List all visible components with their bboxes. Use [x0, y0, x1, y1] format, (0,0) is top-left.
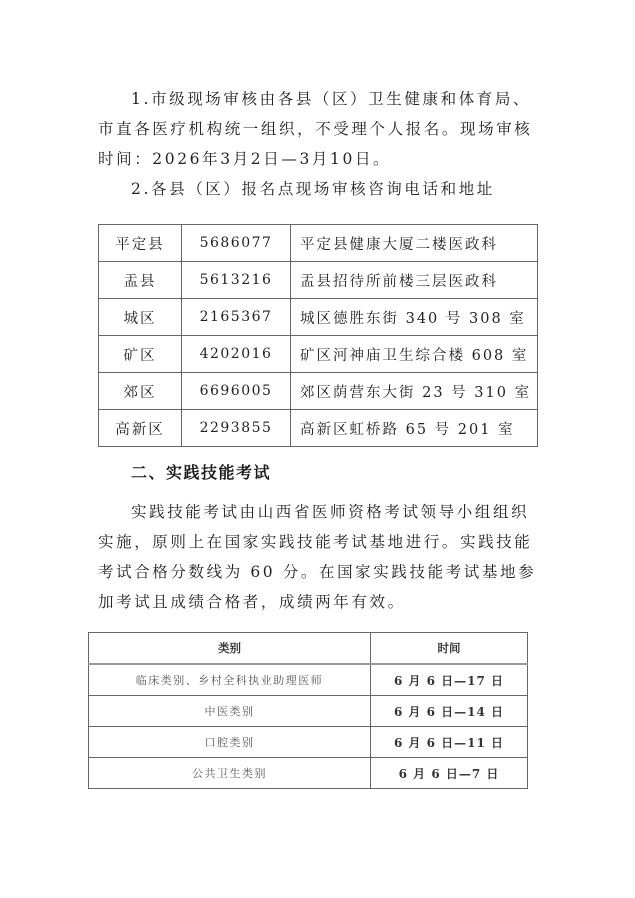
address-cell: 城区德胜东街 340 号 308 室: [291, 299, 538, 336]
address-cell: 郊区荫营东大街 23 号 310 室: [291, 373, 538, 410]
practical-exam-paragraph: 实践技能考试由山西省医师资格考试领导小组组织实施，原则上在国家实践技能考试基地进…: [98, 497, 543, 617]
county-cell: 高新区: [99, 410, 182, 447]
phone-cell: 5686077: [182, 225, 291, 262]
address-cell: 高新区虹桥路 65 号 201 室: [291, 410, 538, 447]
table-row: 郊区 6696005 郊区荫营东大街 23 号 310 室: [99, 373, 538, 410]
exam-schedule-table: 类别 时间 临床类别、乡村全科执业助理医师 6 月 6 日—17 日 中医类别 …: [88, 632, 528, 789]
category-cell: 口腔类别: [89, 727, 371, 758]
table-row: 口腔类别 6 月 6 日—11 日: [89, 727, 528, 758]
contact-table: 平定县 5686077 平定县健康大厦二楼医政科 盂县 5613216 盂县招待…: [98, 224, 538, 447]
county-cell: 平定县: [99, 225, 182, 262]
category-cell: 中医类别: [89, 696, 371, 727]
address-cell: 平定县健康大厦二楼医政科: [291, 225, 538, 262]
address-cell: 矿区河神庙卫生综合楼 608 室: [291, 336, 538, 373]
table-row: 矿区 4202016 矿区河神庙卫生综合楼 608 室: [99, 336, 538, 373]
time-cell: 6 月 6 日—14 日: [371, 696, 528, 727]
county-cell: 盂县: [99, 262, 182, 299]
category-cell: 公共卫生类别: [89, 758, 371, 789]
table-row: 临床类别、乡村全科执业助理医师 6 月 6 日—17 日: [89, 664, 528, 696]
category-header: 类别: [89, 633, 371, 665]
contact-list-title: 2.各县（区）报名点现场审核咨询电话和地址: [98, 174, 543, 204]
time-cell: 6 月 6 日—11 日: [371, 727, 528, 758]
county-cell: 矿区: [99, 336, 182, 373]
county-cell: 郊区: [99, 373, 182, 410]
county-cell: 城区: [99, 299, 182, 336]
time-cell: 6 月 6 日—17 日: [371, 664, 528, 696]
table-row: 城区 2165367 城区德胜东街 340 号 308 室: [99, 299, 538, 336]
table-row: 公共卫生类别 6 月 6 日—7 日: [89, 758, 528, 789]
section-heading: 二、实践技能考试: [131, 460, 271, 483]
table-row: 平定县 5686077 平定县健康大厦二楼医政科: [99, 225, 538, 262]
review-arrangement-paragraph: 1.市级现场审核由各县（区）卫生健康和体育局、市直各医疗机构统一组织，不受理个人…: [98, 84, 543, 174]
table-row: 高新区 2293855 高新区虹桥路 65 号 201 室: [99, 410, 538, 447]
phone-cell: 5613216: [182, 262, 291, 299]
table-header-row: 类别 时间: [89, 633, 528, 665]
time-header: 时间: [371, 633, 528, 665]
category-cell: 临床类别、乡村全科执业助理医师: [89, 664, 371, 696]
phone-cell: 4202016: [182, 336, 291, 373]
phone-cell: 2165367: [182, 299, 291, 336]
phone-cell: 6696005: [182, 373, 291, 410]
phone-cell: 2293855: [182, 410, 291, 447]
time-cell: 6 月 6 日—7 日: [371, 758, 528, 789]
address-cell: 盂县招待所前楼三层医政科: [291, 262, 538, 299]
table-row: 中医类别 6 月 6 日—14 日: [89, 696, 528, 727]
table-row: 盂县 5613216 盂县招待所前楼三层医政科: [99, 262, 538, 299]
